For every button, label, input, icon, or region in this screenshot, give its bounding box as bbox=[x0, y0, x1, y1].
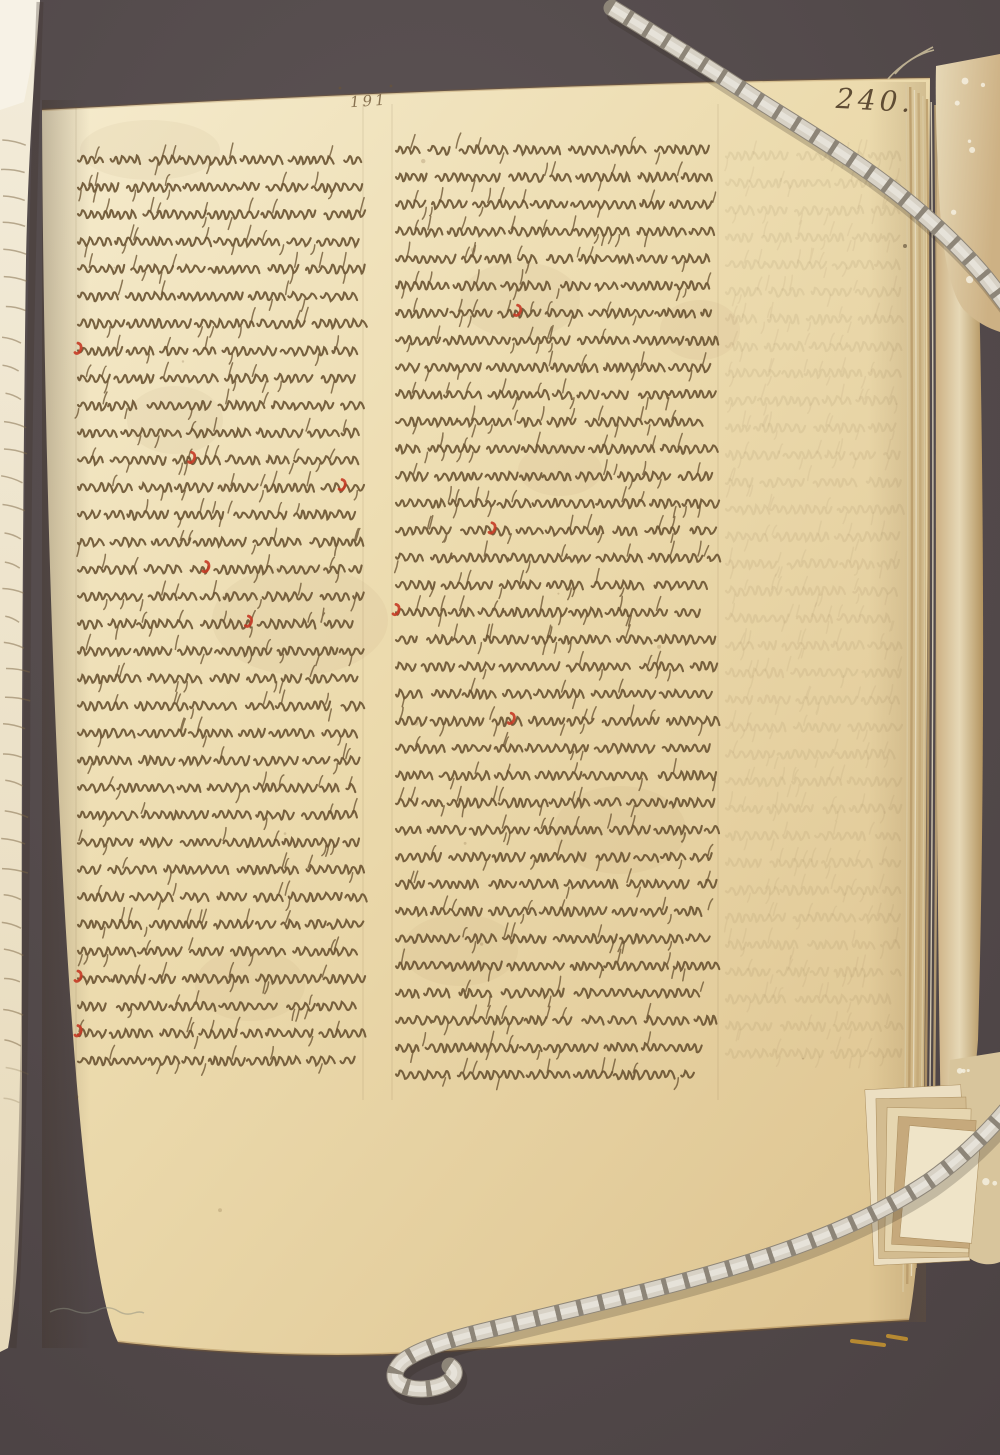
page-number: 240. bbox=[835, 82, 915, 119]
manuscript-page bbox=[42, 78, 930, 1355]
manuscript-photo: 240. 191 bbox=[0, 0, 1000, 1455]
gutter-shadow bbox=[42, 100, 90, 1348]
folio-mark: 191 bbox=[349, 91, 388, 112]
manuscript-art bbox=[0, 0, 1000, 1455]
